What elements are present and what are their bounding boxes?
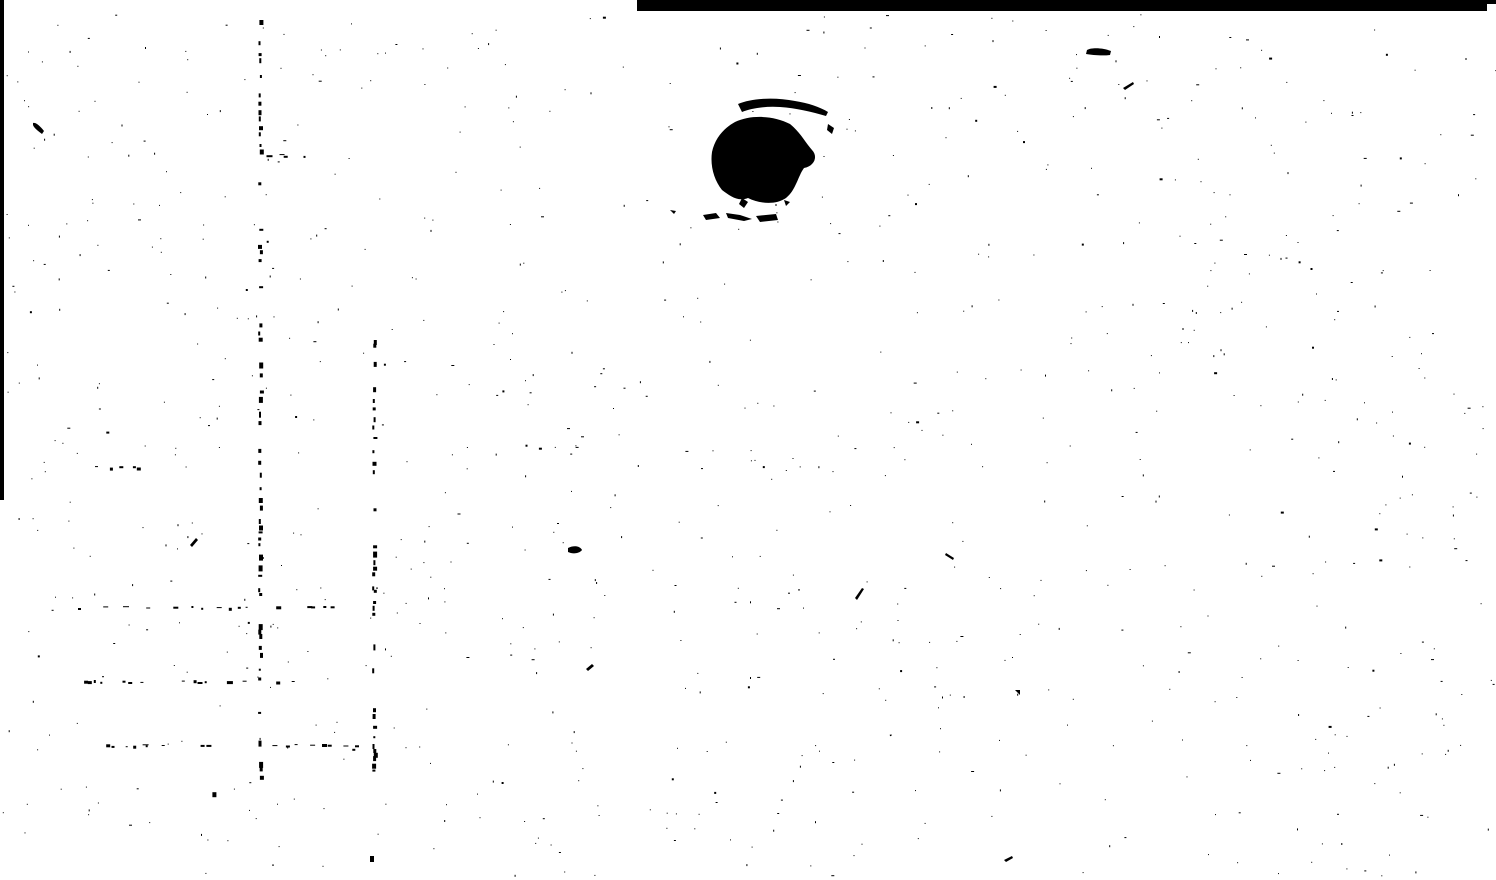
dark-blob (670, 99, 834, 222)
binarized-photo: High-contrast black and white threshold … (0, 0, 1496, 880)
debris-marks (33, 48, 1134, 862)
grid-lines (78, 20, 378, 797)
photo-content (0, 0, 1496, 880)
